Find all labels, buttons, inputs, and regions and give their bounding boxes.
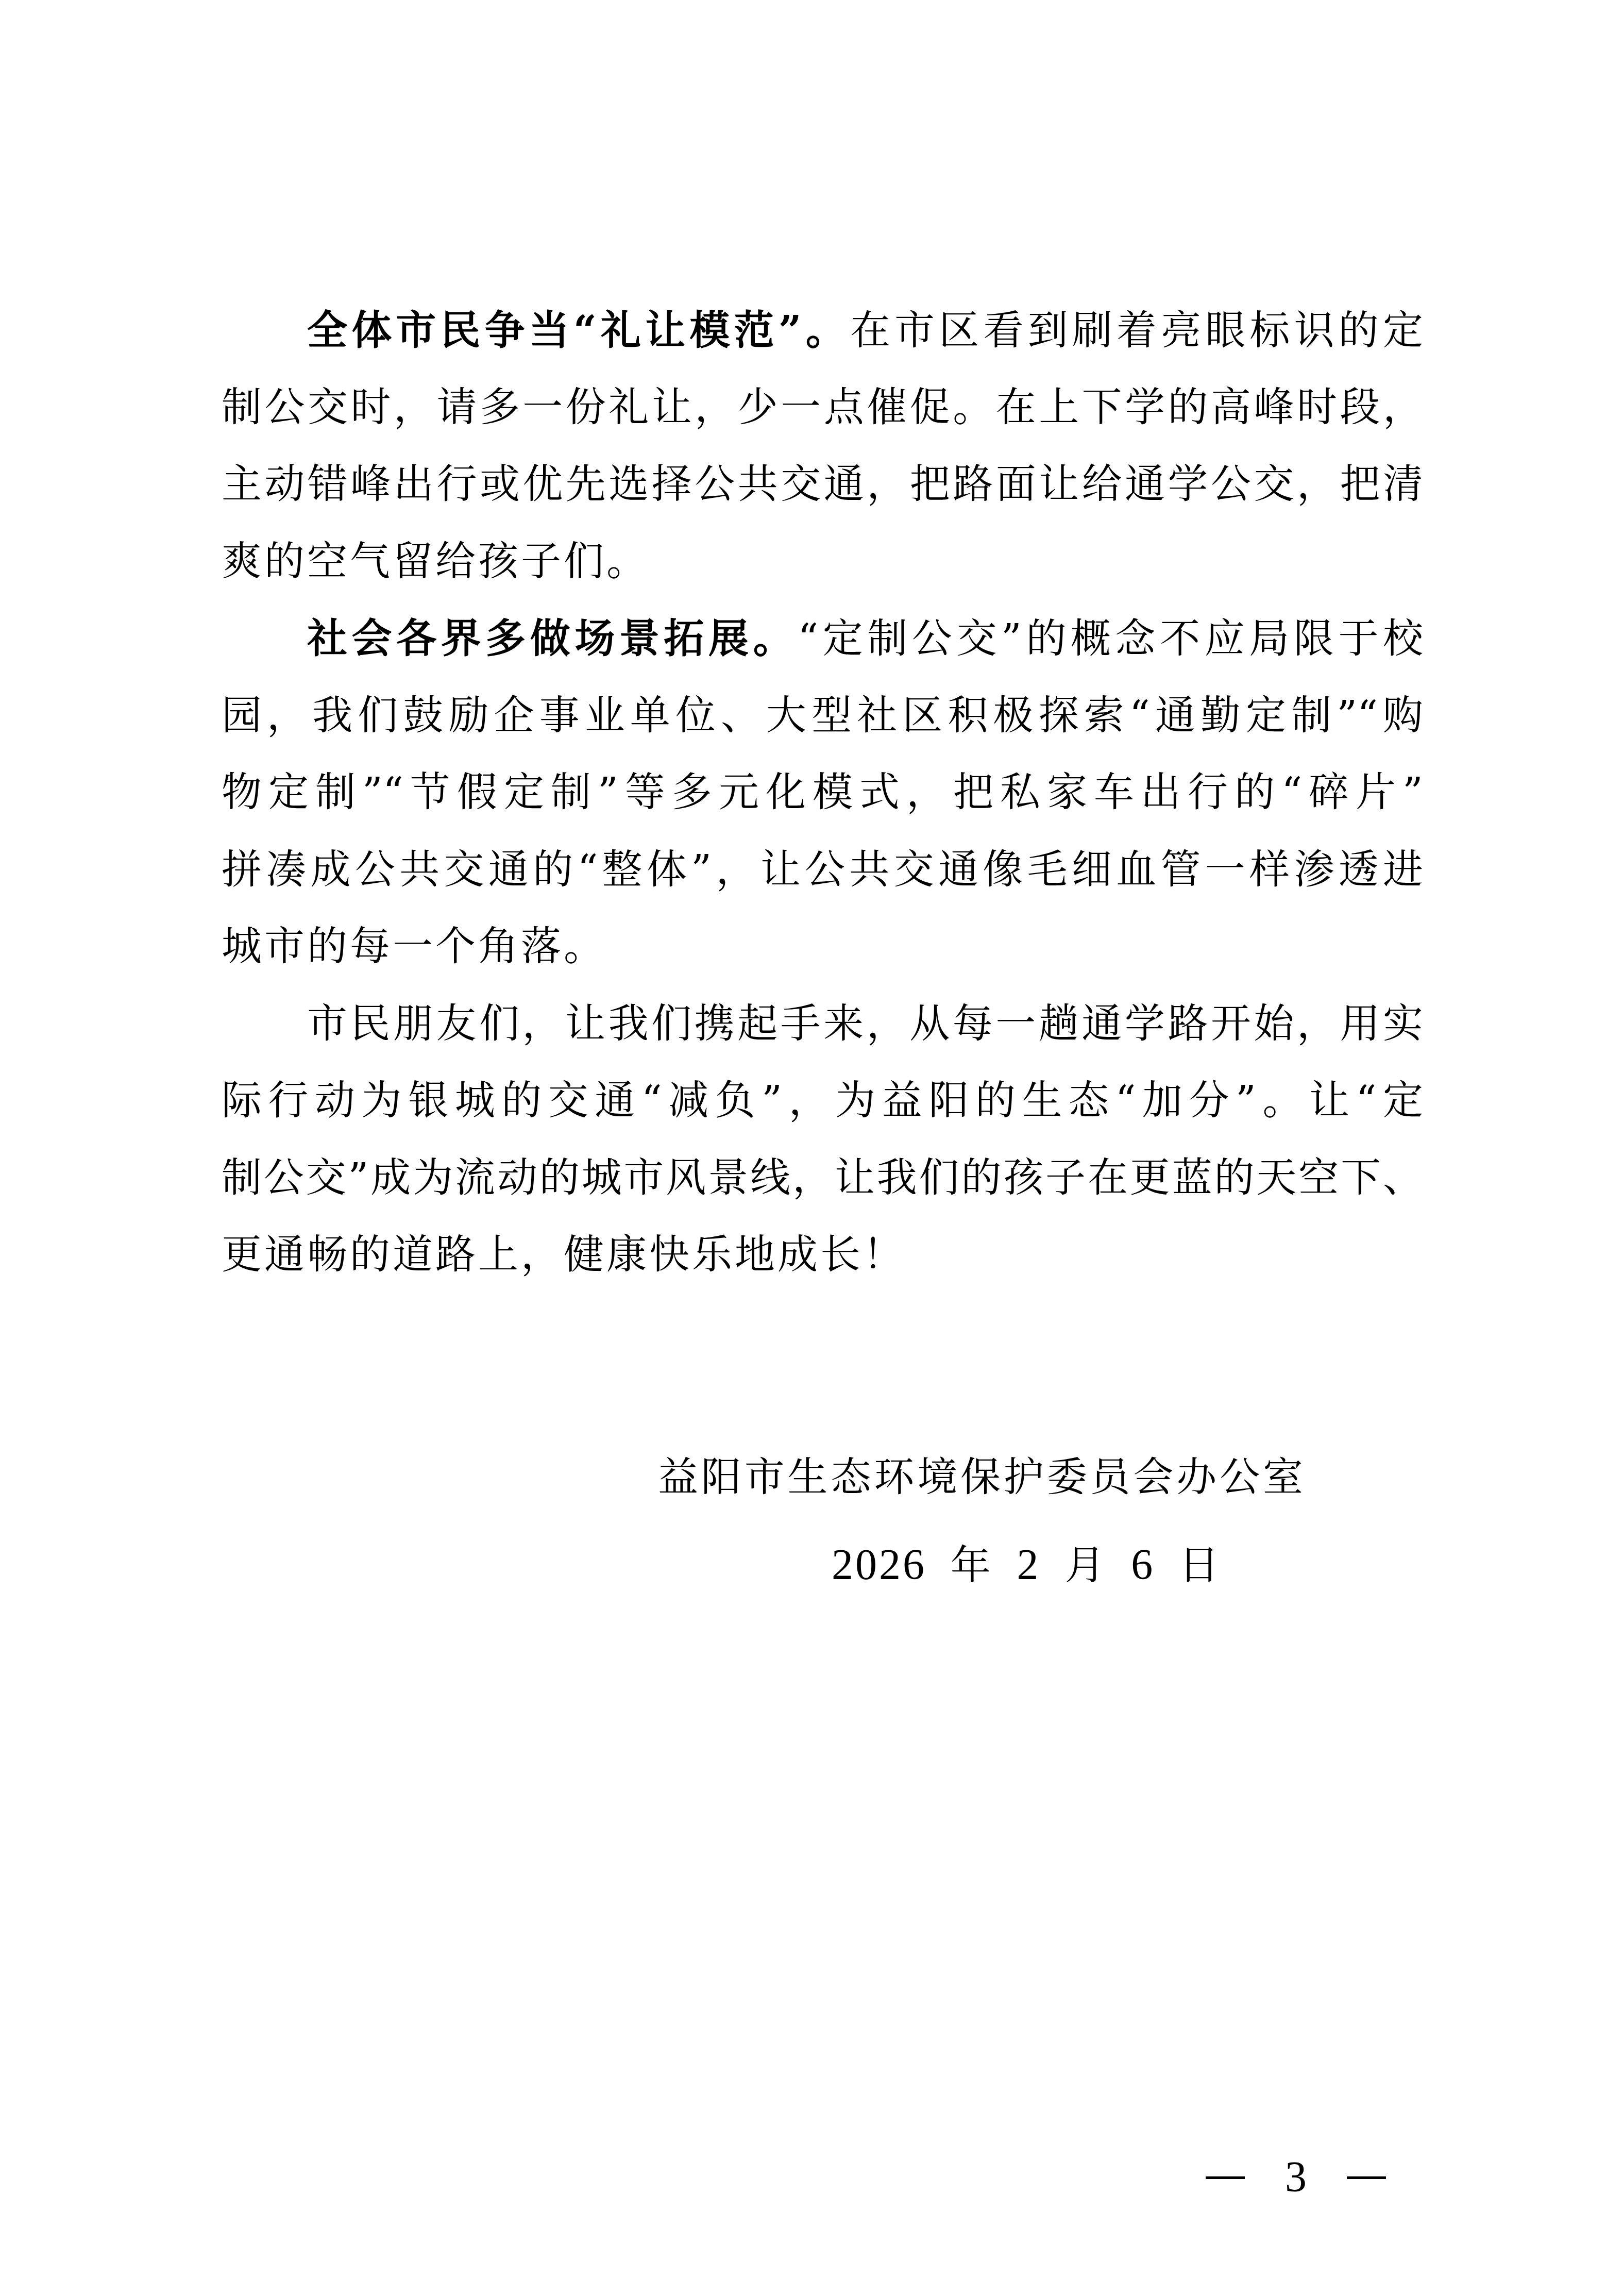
- line-text: 爽的空气留给孩子们。: [222, 539, 649, 585]
- text-line: 际行动为银城的交通“减负”，为益阳的生态“加分”。让“定: [222, 1063, 1423, 1140]
- page-number-value: 3: [1285, 2152, 1307, 2203]
- page-number-left-dash: [1206, 2176, 1245, 2179]
- line-text: 制公交”成为流动的城市风景线，让我们的孩子在更蓝的天空下、: [222, 1155, 1423, 1201]
- text-line: 城市的每一个角落。: [222, 909, 1423, 986]
- date-year: 2026: [832, 1541, 926, 1589]
- text-line: 物定制”“节假定制”等多元化模式，把私家车出行的“碎片”: [222, 755, 1423, 832]
- date-day-unit: 日: [1179, 1543, 1221, 1589]
- text-line: 更通畅的道路上，健康快乐地成长！: [222, 1217, 1423, 1294]
- date-month-unit: 月: [1064, 1543, 1107, 1589]
- page-number: 3: [1206, 2152, 1386, 2203]
- page-number-right-dash: [1347, 2176, 1386, 2179]
- text-line: 制公交”成为流动的城市风景线，让我们的孩子在更蓝的天空下、: [222, 1140, 1423, 1217]
- line-text: 在市区看到刷着亮眼标识的定: [850, 308, 1423, 354]
- date-year-unit: 年: [951, 1543, 993, 1589]
- text-line: 主动错峰出行或优先选择公共交通，把路面让给通学公交，把清: [222, 446, 1423, 524]
- line-text: “定制公交”的概念不应局限于校: [798, 616, 1423, 662]
- date-day: 6: [1131, 1541, 1155, 1589]
- line-text: 拼凑成公共交通的“整体”，让公共交通像毛细血管一样渗透进: [222, 847, 1423, 893]
- paragraph-scenario-expansion: 社会各界多做场景拓展。“定制公交”的概念不应局限于校 园，我们鼓励企事业单位、大…: [222, 600, 1423, 986]
- signature-organization: 益阳市生态环境保护委员会办公室: [658, 1448, 1303, 1507]
- line-text: 际行动为银城的交通“减负”，为益阳的生态“加分”。让“定: [222, 1078, 1423, 1124]
- paragraph-courtesy: 全体市民争当“礼让模范”。在市区看到刷着亮眼标识的定 制公交时，请多一份礼让，少…: [222, 292, 1423, 600]
- paragraph-closing-appeal: 市民朋友们，让我们携起手来，从每一趟通学路开始，用实 际行动为银城的交通“减负”…: [222, 986, 1423, 1294]
- paragraph-lead-heading: 全体市民争当“礼让模范”。: [307, 307, 850, 354]
- line-text: 更通畅的道路上，健康快乐地成长！: [222, 1232, 906, 1278]
- line-text: 园，我们鼓励企事业单位、大型社区积极探索“通勤定制”“购: [222, 693, 1423, 739]
- date-month: 2: [1017, 1541, 1041, 1589]
- line-text: 市民朋友们，让我们携起手来，从每一趟通学路开始，用实: [307, 1001, 1423, 1047]
- text-line: 制公交时，请多一份礼让，少一点催促。在上下学的高峰时段，: [222, 370, 1423, 447]
- text-line: 全体市民争当“礼让模范”。在市区看到刷着亮眼标识的定: [222, 292, 1423, 370]
- line-text: 城市的每一个角落。: [222, 924, 606, 970]
- text-line: 拼凑成公共交通的“整体”，让公共交通像毛细血管一样渗透进: [222, 832, 1423, 909]
- line-text: 主动错峰出行或优先选择公共交通，把路面让给通学公交，把清: [222, 461, 1423, 508]
- line-text: 制公交时，请多一份礼让，少一点催促。在上下学的高峰时段，: [222, 384, 1423, 431]
- paragraph-lead-heading: 社会各界多做场景拓展。: [307, 615, 798, 662]
- text-line: 爽的空气留给孩子们。: [222, 524, 1423, 601]
- text-line: 市民朋友们，让我们携起手来，从每一趟通学路开始，用实: [222, 986, 1423, 1063]
- text-line: 社会各界多做场景拓展。“定制公交”的概念不应局限于校: [222, 600, 1423, 678]
- text-line: 园，我们鼓励企事业单位、大型社区积极探索“通勤定制”“购: [222, 678, 1423, 755]
- letter-body: 全体市民争当“礼让模范”。在市区看到刷着亮眼标识的定 制公交时，请多一份礼让，少…: [222, 292, 1423, 1294]
- document-page: 全体市民争当“礼让模范”。在市区看到刷着亮眼标识的定 制公交时，请多一份礼让，少…: [0, 0, 1623, 2296]
- signature-date: 2026 年 2 月 6 日: [832, 1536, 1139, 1595]
- line-text: 物定制”“节假定制”等多元化模式，把私家车出行的“碎片”: [222, 769, 1423, 816]
